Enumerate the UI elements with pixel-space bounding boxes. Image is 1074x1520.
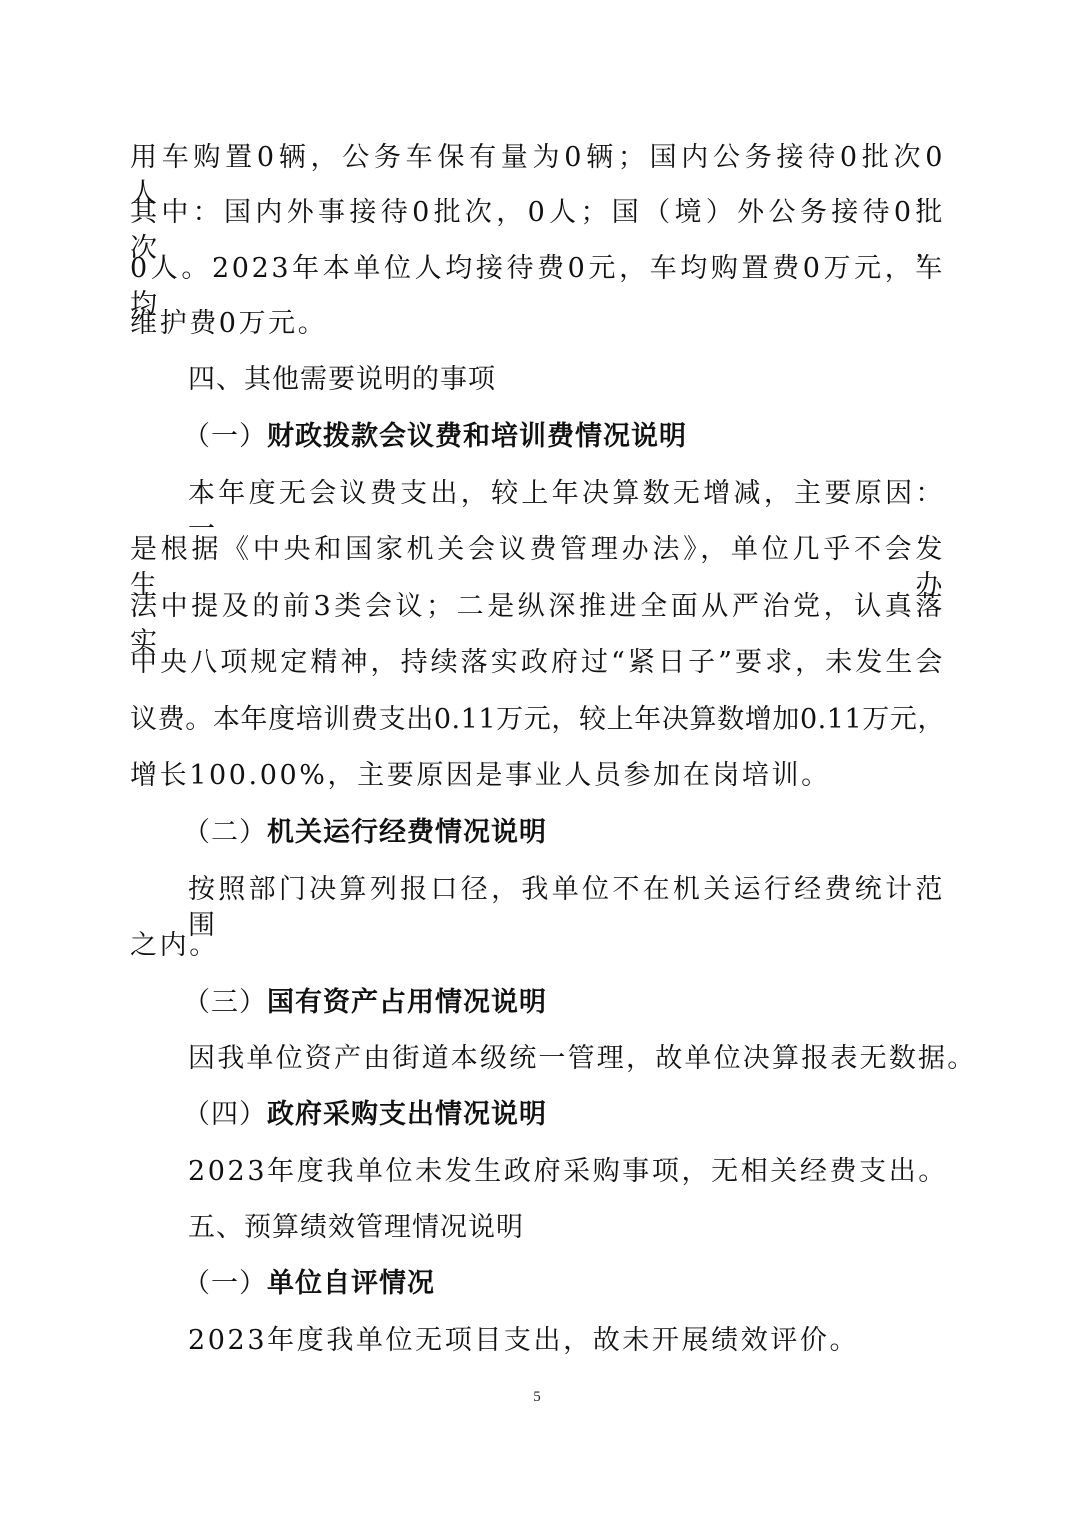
subsection-number: （一） xyxy=(183,421,267,452)
paragraph-line: 之内。 xyxy=(130,928,945,964)
subsection-title: 国有资产占用情况说明 xyxy=(267,987,547,1018)
section-heading: 四、其他需要说明的事项 xyxy=(188,362,945,398)
page-number: 5 xyxy=(0,1389,1074,1406)
paragraph-line: 2023年度我单位无项目支出，故未开展绩效评价。 xyxy=(188,1323,945,1359)
paragraph-line: 增长100.00%，主要原因是事业人员参加在岗培训。 xyxy=(130,758,945,794)
subsection-heading: （二）机关运行经费情况说明 xyxy=(183,815,998,851)
paragraph-line: 中央八项规定精神，持续落实政府过“紧日子”要求，未发生会 xyxy=(130,645,945,681)
subsection-number: （三） xyxy=(183,987,267,1018)
subsection-heading: （一）单位自评情况 xyxy=(183,1266,998,1302)
subsection-title: 机关运行经费情况说明 xyxy=(267,817,547,848)
subsection-heading: （三）国有资产占用情况说明 xyxy=(183,985,998,1021)
subsection-heading: （一）财政拨款会议费和培训费情况说明 xyxy=(183,419,998,455)
paragraph-line: 议费。本年度培训费支出0.11万元，较上年决算数增加0.11万元， xyxy=(130,702,945,738)
section-heading: 五、预算绩效管理情况说明 xyxy=(188,1210,945,1246)
subsection-title: 单位自评情况 xyxy=(267,1268,435,1299)
document-page: 用车购置0辆，公务车保有量为0辆；国内公务接待0批次0人， 其中：国内外事接待0… xyxy=(0,0,1074,1520)
subsection-title: 财政拨款会议费和培训费情况说明 xyxy=(267,421,687,452)
subsection-title: 政府采购支出情况说明 xyxy=(267,1099,547,1130)
subsection-number: （二） xyxy=(183,817,267,848)
paragraph-line: 2023年度我单位未发生政府采购事项，无相关经费支出。 xyxy=(188,1154,945,1190)
paragraph-line: 维护费0万元。 xyxy=(130,306,945,342)
paragraph-line: 因我单位资产由街道本级统一管理，故单位决算报表无数据。 xyxy=(188,1041,945,1077)
subsection-heading: （四）政府采购支出情况说明 xyxy=(183,1097,998,1133)
subsection-number: （一） xyxy=(183,1268,267,1299)
subsection-number: （四） xyxy=(183,1099,267,1130)
